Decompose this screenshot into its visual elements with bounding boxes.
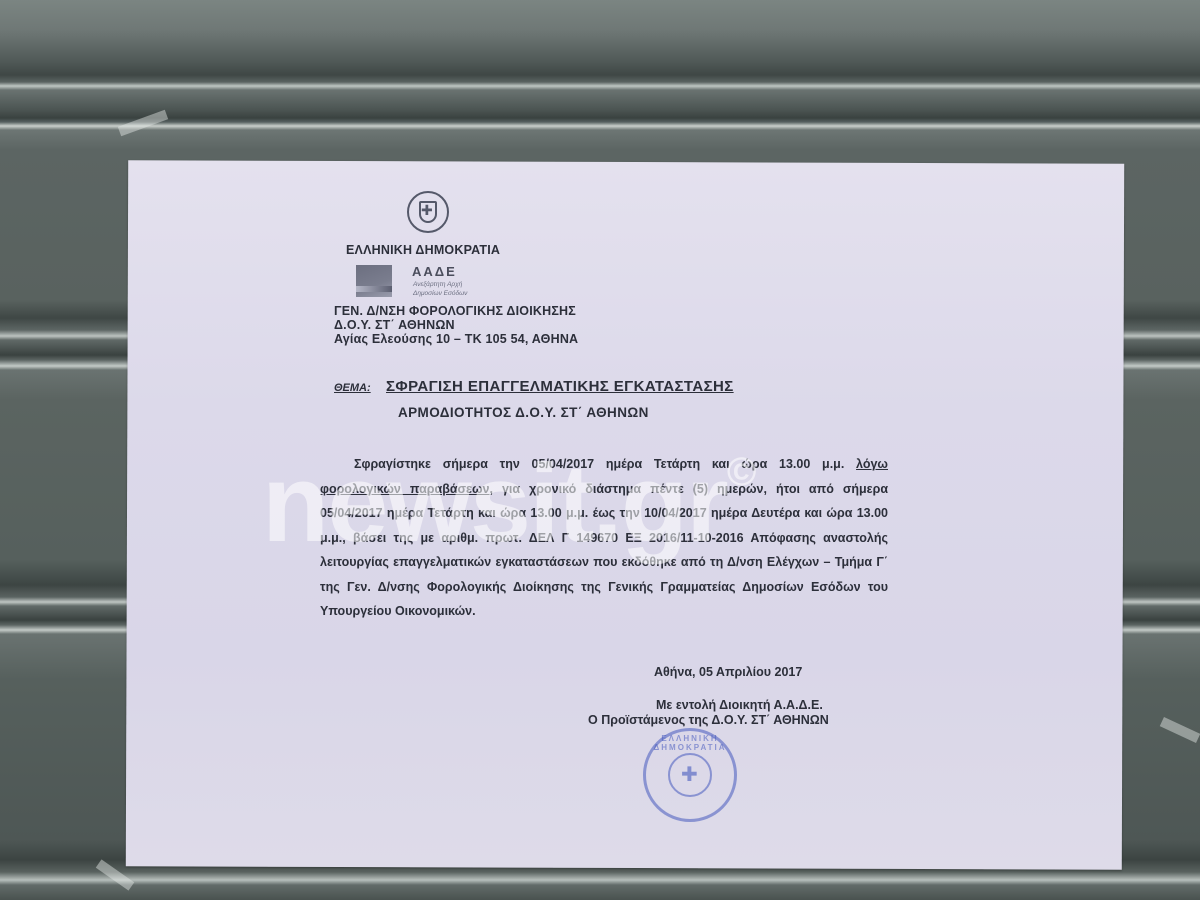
subject-subtitle: ΑΡΜΟΔΙΟΤΗΤΟΣ Δ.Ο.Υ. ΣΤ΄ ΑΘΗΝΩΝ bbox=[398, 405, 649, 420]
greek-crest-icon bbox=[407, 191, 449, 233]
place-date: Αθήνα, 05 Απριλίου 2017 bbox=[654, 665, 802, 679]
republic-heading: ΕΛΛΗΝΙΚΗ ΔΗΜΟΚΡΑΤΙΑ bbox=[346, 243, 500, 257]
stamp-crest-icon bbox=[668, 753, 712, 797]
signature-line-1: Με εντολή Διοικητή Α.Α.Δ.Ε. bbox=[656, 698, 823, 712]
copyright-icon: © bbox=[727, 450, 754, 494]
tape-strip bbox=[1160, 717, 1200, 743]
newsit-watermark: newsit.gr© bbox=[262, 440, 754, 567]
aade-subtitle-1: Ανεξάρτητη Αρχή bbox=[413, 280, 462, 289]
watermark-text: newsit.gr bbox=[262, 442, 727, 565]
subject-label: ΘΕΜΑ: bbox=[334, 382, 371, 394]
aade-logo-icon bbox=[356, 265, 392, 297]
office-line: Δ.Ο.Υ. ΣΤ΄ ΑΘΗΝΩΝ bbox=[334, 318, 455, 332]
aade-subtitle-2: Δημοσίων Εσόδων bbox=[413, 289, 467, 298]
aade-name: ΑΑΔΕ bbox=[412, 264, 457, 279]
official-stamp-icon: ΕΛΛΗΝΙΚΗ ΔΗΜΟΚΡΑΤΙΑ bbox=[643, 728, 737, 822]
tape-strip bbox=[118, 110, 168, 136]
directorate-line: ΓΕΝ. Δ/ΝΣΗ ΦΟΡΟΛΟΓΙΚΗΣ ΔΙΟΙΚΗΣΗΣ bbox=[334, 304, 576, 318]
signature-line-2: Ο Προϊστάμενος της Δ.Ο.Υ. ΣΤ΄ ΑΘΗΝΩΝ bbox=[588, 713, 829, 727]
address-line: Αγίας Ελεούσης 10 – ΤΚ 105 54, ΑΘΗΝΑ bbox=[334, 332, 578, 346]
subject-title: ΣΦΡΑΓΙΣΗ ΕΠΑΓΓΕΛΜΑΤΙΚΗΣ ΕΓΚΑΤΑΣΤΑΣΗΣ bbox=[386, 378, 734, 395]
stamp-text: ΕΛΛΗΝΙΚΗ ΔΗΜΟΚΡΑΤΙΑ bbox=[650, 734, 730, 752]
